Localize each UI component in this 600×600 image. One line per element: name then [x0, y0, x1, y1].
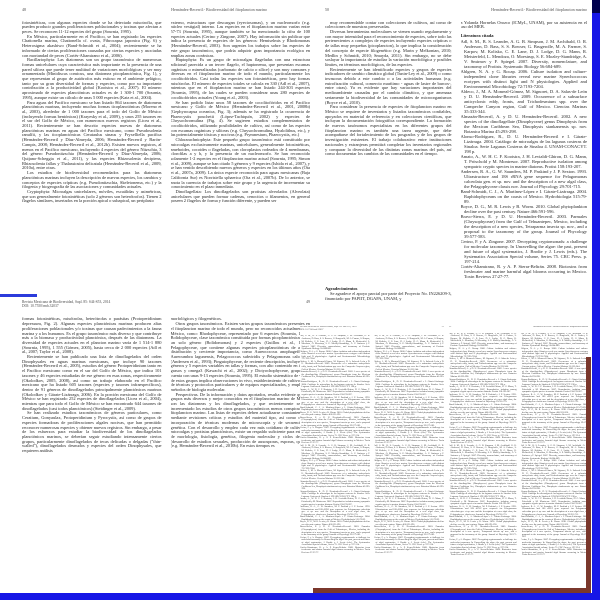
page-number: 48	[22, 8, 26, 13]
paragraph: Amato, A., W. H. C. F. Kooistra, J. H. L…	[374, 389, 444, 397]
acknowledgments-text: Se agradece el apoyo parcial por parte d…	[325, 292, 452, 301]
journal-info: Revista Mexicana de Biodiversidad, Supl.…	[300, 326, 356, 331]
paragraph: Cortés-Altamirano, R. y A. P. Sierra-Bel…	[374, 547, 444, 555]
running-title: Hernández-Becerril.- Biodiversidad del f…	[533, 326, 588, 329]
running-title: Hernández-Becerril.- Biodiversidad del f…	[171, 8, 267, 13]
page-50-header: 50 Hernández-Becerril.- Biodiversidad de…	[325, 8, 587, 13]
paragraph: Almazán-Becerril, A. y D. U. Hernández-B…	[449, 480, 517, 490]
paragraph: Band-Schmidt, C. J., A. Martínez-López e…	[461, 189, 588, 204]
paragraph: Ahlgren, N. A. y G. Rocap. 2006. Culture…	[300, 460, 370, 470]
paragraph: Ahlgren, N. A. y G. Rocap. 2006. Culture…	[461, 69, 588, 89]
paragraph: Almazán-Becerril, A. y D. U. Hernández-B…	[521, 480, 589, 490]
paragraph: Amato, A., W. H. C. F. Kooistra, J. H. L…	[449, 386, 517, 394]
doi-line: DOI: 10.7550/rmb.32037	[300, 329, 356, 332]
paragraph: Cortés-Altamirano, R. y A. P. Sierra-Bel…	[300, 437, 370, 445]
paragraph: Aldeco, J., M. A. Monreal-Gómez, M. Sign…	[300, 361, 370, 371]
reference-text: Adl, S. M., B. S. Leander, A. G. B. Simp…	[300, 445, 370, 555]
paragraph: Cortés-Altamirano, R. y A. P. Sierra-Bel…	[521, 549, 589, 557]
paragraph: Se han realizado estudios taxonómicos de…	[22, 411, 162, 453]
page-50-column-2: a Yolanda Hornelas Orozco (ICMyL, UNAM),…	[461, 21, 588, 351]
paragraph: Bravo-Sierra, E. y D. U. Hernández-Becer…	[374, 526, 444, 536]
paragraph: Cerino, F. y A. Zingone. 2007. Decryptin…	[521, 539, 589, 549]
paragraph: Bravo-Sierra, E. y D. U. Hernández-Becer…	[521, 526, 589, 539]
journal-info: Revista Mexicana de Biodiversidad, Supl.…	[22, 300, 110, 308]
paragraph: Para considerar la presencia de especies…	[325, 105, 452, 157]
paragraph: Cortés-Altamirano, R. y A. P. Sierra-Bel…	[461, 264, 588, 279]
reference-text: Adl, S. M., B. S. Leander, A. G. B. Simp…	[449, 445, 517, 557]
paragraph: Ahlgren, N. A. y G. Rocap. 2006. Culture…	[449, 460, 517, 470]
page-50-body: muy recomendable contar con colecciones …	[325, 21, 587, 351]
paragraph: Bacillariophyta: Las diatomeas son un gr…	[22, 58, 162, 100]
paragraph: Cerino, F. y A. Zingone. 2007. Decryptin…	[300, 427, 370, 437]
paragraph: Ahlgren, N. A. y G. Rocap. 2006. Culture…	[300, 351, 370, 361]
paragraph: Alonso-Rodríguez, R., D. U. Hernández-Be…	[300, 381, 370, 389]
paragraph: Andersen, R. A., G. W. Saunders, M. P. P…	[461, 169, 588, 189]
paragraph: Amato, A., W. H. C. F. Kooistra, J. H. L…	[521, 386, 589, 394]
paragraph: Cerino, F. y A. Zingone. 2007. Decryptin…	[521, 427, 589, 437]
page-48-header: 48 Hernández-Becerril.- Biodiversidad de…	[22, 8, 267, 13]
paragraph: Bravo-Sierra, E. y D. U. Hernández-Becer…	[300, 417, 370, 427]
page-51-column-1: Adl, S. M., B. S. Leander, A. G. B. Simp…	[300, 335, 370, 585]
reference-text: Adl, S. M., B. S. Leander, A. G. B. Simp…	[374, 445, 444, 555]
paragraph: Cerino, F. y A. Zingone. 2007. Decryptin…	[449, 427, 517, 437]
paragraph: Para aguas del Pacífico mexicano se han …	[22, 101, 162, 172]
paragraph: Amato, A., W. H. C. F. Kooistra, J. H. L…	[461, 154, 588, 169]
paragraph: Cerino, F. y A. Zingone. 2007. Decryptin…	[449, 539, 517, 549]
paragraph: Ahlgren, N. A. y G. Rocap. 2006. Culture…	[374, 460, 444, 470]
paragraph: Aldeco, J., M. A. Monreal-Gómez, M. Sign…	[461, 89, 588, 114]
background-edge-right	[592, 0, 600, 600]
paragraph: Almazán-Becerril, A. y D. U. Hernández-B…	[449, 368, 517, 378]
literature-cited-heading: Literatura citada	[461, 33, 588, 38]
running-title: Hernández-Becerril.- Biodiversidad del f…	[491, 8, 587, 13]
acknowledgments-continuation: a Yolanda Hornelas Orozco (ICMyL, UNAM),…	[461, 21, 588, 30]
page-51-thumbnail: Revista Mexicana de Biodiversidad, Supl.…	[300, 326, 444, 593]
paragraph: Cortés-Altamirano, R. y A. P. Sierra-Bel…	[521, 437, 589, 445]
paragraph: Amato, A., W. H. C. F. Kooistra, J. H. L…	[300, 498, 370, 506]
paragraph: Alonso-Rodríguez, R., D. U. Hernández-Be…	[374, 381, 444, 389]
paragraph: Adl, S. M., B. S. Leander, A. G. B. Simp…	[300, 335, 370, 350]
paragraph: Ahlgren, N. A. y G. Rocap. 2006. Culture…	[374, 351, 444, 361]
paragraph: Adl, S. M., B. S. Leander, A. G. B. Simp…	[521, 445, 589, 460]
page-48-column-1: fotosintéticas, con algunas especies don…	[22, 21, 162, 283]
paragraph: Aldeco, J., M. A. Monreal-Gómez, M. Sign…	[449, 470, 517, 480]
page-51-body: Adl, S. M., B. S. Leander, A. G. B. Simp…	[300, 335, 444, 585]
paragraph: Almazán-Becerril, A. y D. U. Hernández-B…	[374, 481, 444, 491]
paragraph: Andersen, R. A., G. W. Saunders, M. P. P…	[521, 506, 589, 516]
page-scan-edge-vertical	[586, 357, 591, 593]
paragraph: Adl, S. M., B. S. Leander, A. G. B. Simp…	[374, 335, 444, 350]
paragraph: Amato, A., W. H. C. F. Kooistra, J. H. L…	[374, 498, 444, 506]
page-52-body: Adl, S. M., B. S. Leander, A. G. B. Simp…	[449, 333, 588, 583]
paragraph: Bravo-Sierra, E. y D. U. Hernández-Becer…	[449, 414, 517, 427]
paragraph: Chlorarachniophyta: Este pequeño grupo t…	[171, 138, 311, 190]
background-edge-right-top	[592, 0, 600, 13]
paragraph: Aldeco, J., M. A. Monreal-Gómez, M. Sign…	[521, 470, 589, 480]
paragraph: Amato, A., W. H. C. F. Kooistra, J. H. L…	[300, 389, 370, 397]
paragraph: Haptophyta: Es un grupo de microalgas fl…	[171, 58, 311, 100]
page-48-column-2: externo, estructuras que descargan (eyec…	[171, 21, 311, 283]
reference-text: Adl, S. M., B. S. Leander, A. G. B. Simp…	[449, 333, 517, 445]
paragraph: Recientemente se han identificado especi…	[325, 68, 452, 106]
paragraph: Cryptophyta: Microalgas unicelulares, mó…	[22, 190, 162, 204]
paragraph: Ahlgren, N. A. y G. Rocap. 2006. Culture…	[449, 348, 517, 358]
paragraph: Perspectivas. De la información y datos …	[171, 393, 311, 449]
reference-text: Adl, S. M., B. S. Leander, A. G. B. Simp…	[300, 335, 370, 445]
page-52-column-2: Adl, S. M., B. S. Leander, A. G. B. Simp…	[521, 333, 589, 583]
paragraph: Amato, A., W. H. C. F. Kooistra, J. H. L…	[521, 498, 589, 506]
paragraph: fotosintéticas, con algunas especies don…	[22, 21, 162, 35]
paragraph: Aldeco, J., M. A. Monreal-Gómez, M. Sign…	[300, 470, 370, 480]
page-52-thumbnail: 52 Hernández-Becerril.- Biodiversidad de…	[449, 326, 588, 593]
paragraph: Almazán-Becerril, A. y D. U. Hernández-B…	[461, 114, 588, 134]
page-51-column-2: Adl, S. M., B. S. Leander, A. G. B. Simp…	[374, 335, 444, 585]
page-51-header: Revista Mexicana de Biodiversidad, Supl.…	[300, 326, 444, 331]
page-50-column-1: muy recomendable contar con colecciones …	[325, 21, 452, 351]
page-scan-edge-horizontal	[313, 588, 591, 593]
paragraph: Amato, A., W. H. C. F. Kooistra, J. H. L…	[449, 498, 517, 506]
paragraph: Boyce, D. G., M. R. Lewis y B. Worm. 201…	[461, 204, 588, 214]
paragraph: Andersen, R. A., G. W. Saunders, M. P. P…	[521, 394, 589, 404]
paragraph: Andersen, R. A., G. W. Saunders, M. P. P…	[300, 506, 370, 516]
page-48: 48 Hernández-Becerril.- Biodiversidad de…	[22, 8, 310, 294]
paragraph: Andersen, R. A., G. W. Saunders, M. P. P…	[374, 397, 444, 407]
page-49-body: formas fotosintéticas, mixótrofas, heter…	[22, 317, 310, 583]
page-52-header: 52 Hernández-Becerril.- Biodiversidad de…	[449, 326, 588, 329]
paragraph: Cortés-Altamirano, R. y A. P. Sierra-Bel…	[300, 547, 370, 555]
paragraph: Bravo-Sierra, E. y D. U. Hernández-Becer…	[461, 214, 588, 239]
paragraph: Adl, S. M., B. S. Leander, A. G. B. Simp…	[461, 39, 588, 69]
paragraph: Cortés-Altamirano, R. y A. P. Sierra-Bel…	[374, 437, 444, 445]
page-49-header: Revista Mexicana de Biodiversidad, Supl.…	[22, 300, 310, 308]
paragraph: Adl, S. M., B. S. Leander, A. G. B. Simp…	[300, 445, 370, 460]
paragraph: Cortés-Altamirano, R. y A. P. Sierra-Bel…	[449, 549, 517, 557]
paragraph: Otros grupos taxonómicos. Existen varios…	[171, 322, 311, 393]
paragraph: Cortés-Altamirano, R. y A. P. Sierra-Bel…	[449, 437, 517, 445]
reference-text: Adl, S. M., B. S. Leander, A. G. B. Simp…	[374, 335, 444, 445]
paragraph: Cerino, F. y A. Zingone. 2007. Decryptin…	[461, 239, 588, 264]
page-50: 50 Hernández-Becerril.- Biodiversidad de…	[325, 8, 587, 357]
page-49-column-2: morfológicos y filogenéticos.Otros grupo…	[171, 317, 311, 583]
paragraph: Aldeco, J., M. A. Monreal-Gómez, M. Sign…	[374, 361, 444, 371]
page-49: Revista Mexicana de Biodiversidad, Supl.…	[22, 300, 310, 593]
page-number: 49	[306, 300, 310, 305]
paragraph: Adl, S. M., B. S. Leander, A. G. B. Simp…	[449, 333, 517, 348]
paragraph: Andersen, R. A., G. W. Saunders, M. P. P…	[374, 506, 444, 516]
doi-line: DOI: 10.7550/rmb.32037	[22, 304, 110, 308]
paragraph: Bravo-Sierra, E. y D. U. Hernández-Becer…	[449, 526, 517, 539]
paragraph: Bravo-Sierra, E. y D. U. Hernández-Becer…	[521, 414, 589, 427]
page-number: 51	[442, 326, 444, 329]
discussion-text: muy recomendable contar con colecciones …	[325, 21, 452, 283]
paragraph: Recientemente se han publicado una lista…	[22, 355, 162, 411]
reference-text: Adl, S. M., B. S. Leander, A. G. B. Simp…	[521, 333, 589, 445]
reference-list: Adl, S. M., B. S. Leander, A. G. B. Simp…	[461, 39, 588, 325]
paragraph: Aldeco, J., M. A. Monreal-Gómez, M. Sign…	[449, 358, 517, 368]
paragraph: Ahlgren, N. A. y G. Rocap. 2006. Culture…	[521, 460, 589, 470]
paragraph: Ahlgren, N. A. y G. Rocap. 2006. Culture…	[521, 348, 589, 358]
paragraph: Andersen, R. A., G. W. Saunders, M. P. P…	[449, 506, 517, 516]
paragraph: Alonso-Rodríguez, R., D. U. Hernández-Be…	[461, 134, 588, 154]
paragraph: Los estudios de biodiversidad recomendad…	[22, 171, 162, 190]
paragraph: Almazán-Becerril, A. y D. U. Hernández-B…	[300, 481, 370, 491]
left-edge-blue-mark	[0, 294, 37, 297]
paragraph: Cerino, F. y A. Zingone. 2007. Decryptin…	[374, 537, 444, 547]
paragraph: Almazán-Becerril, A. y D. U. Hernández-B…	[374, 371, 444, 381]
paragraph: Adl, S. M., B. S. Leander, A. G. B. Simp…	[521, 333, 589, 348]
background-edge-bottom	[0, 593, 600, 600]
page-number: 50	[325, 8, 329, 13]
paragraph: Andersen, R. A., G. W. Saunders, M. P. P…	[449, 394, 517, 404]
page-49-column-1: formas fotosintéticas, mixótrofas, heter…	[22, 317, 162, 583]
paragraph: Dinoflagellata: Los dinoflagelados son p…	[171, 190, 311, 204]
page-48-body: fotosintéticas, con algunas especies don…	[22, 21, 310, 283]
paragraph: Almazán-Becerril, A. y D. U. Hernández-B…	[521, 368, 589, 378]
paragraph: Adl, S. M., B. S. Leander, A. G. B. Simp…	[449, 445, 517, 460]
paragraph: Bravo-Sierra, E. y D. U. Hernández-Becer…	[374, 417, 444, 427]
paragraph: Almazán-Becerril, A. y D. U. Hernández-B…	[300, 371, 370, 381]
paragraph: Se han podido listar unos 58 taxones de …	[171, 101, 311, 139]
reference-text: Adl, S. M., B. S. Leander, A. G. B. Simp…	[521, 445, 589, 557]
page-52-column-1: Adl, S. M., B. S. Leander, A. G. B. Simp…	[449, 333, 517, 583]
paragraph: Bravo-Sierra, E. y D. U. Hernández-Becer…	[300, 526, 370, 536]
paragraph: formas fotosintéticas, mixótrofas, heter…	[22, 317, 162, 355]
paragraph: Cerino, F. y A. Zingone. 2007. Decryptin…	[374, 427, 444, 437]
paragraph: Diversas herramientas moleculares se vie…	[325, 30, 452, 68]
paragraph: Adl, S. M., B. S. Leander, A. G. B. Simp…	[374, 445, 444, 460]
paragraph: Aldeco, J., M. A. Monreal-Gómez, M. Sign…	[374, 470, 444, 480]
paragraph: externo, estructuras que descargan (eyec…	[171, 21, 311, 59]
paragraph: Cerino, F. y A. Zingone. 2007. Decryptin…	[300, 537, 370, 547]
paragraph: Aldeco, J., M. A. Monreal-Gómez, M. Sign…	[521, 358, 589, 368]
page-number: 52	[449, 326, 451, 329]
paragraph: Andersen, R. A., G. W. Saunders, M. P. P…	[300, 397, 370, 407]
paragraph: En México, particularmente en el Pacífic…	[22, 35, 162, 59]
